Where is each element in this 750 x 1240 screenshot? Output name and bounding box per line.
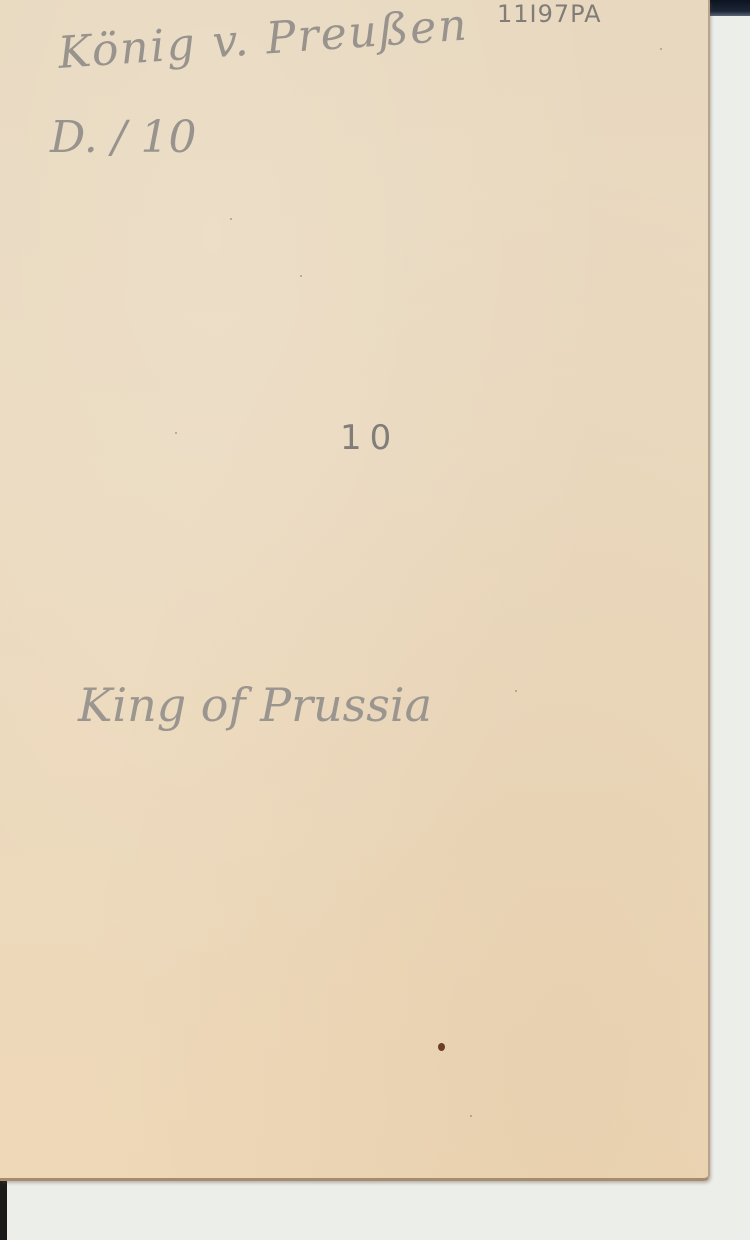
paper-speck [230, 218, 232, 220]
english-caption: King of Prussia [78, 678, 432, 732]
ink-spot [438, 1043, 445, 1051]
german-title-annotation: König v. Preußen [56, 0, 470, 79]
paper-speck [515, 690, 517, 692]
photo-card-back: 11I97PA König v. Preußen D. / 10 10 King… [0, 0, 710, 1181]
catalog-number: 11I97PA [497, 0, 602, 28]
paper-speck [300, 275, 302, 277]
scanner-edge-left [0, 1180, 7, 1240]
reference-code: D. / 10 [50, 112, 196, 163]
center-number: 10 [340, 418, 399, 458]
paper-speck [660, 48, 662, 50]
paper-speck [175, 432, 177, 434]
paper-speck [470, 1115, 472, 1117]
